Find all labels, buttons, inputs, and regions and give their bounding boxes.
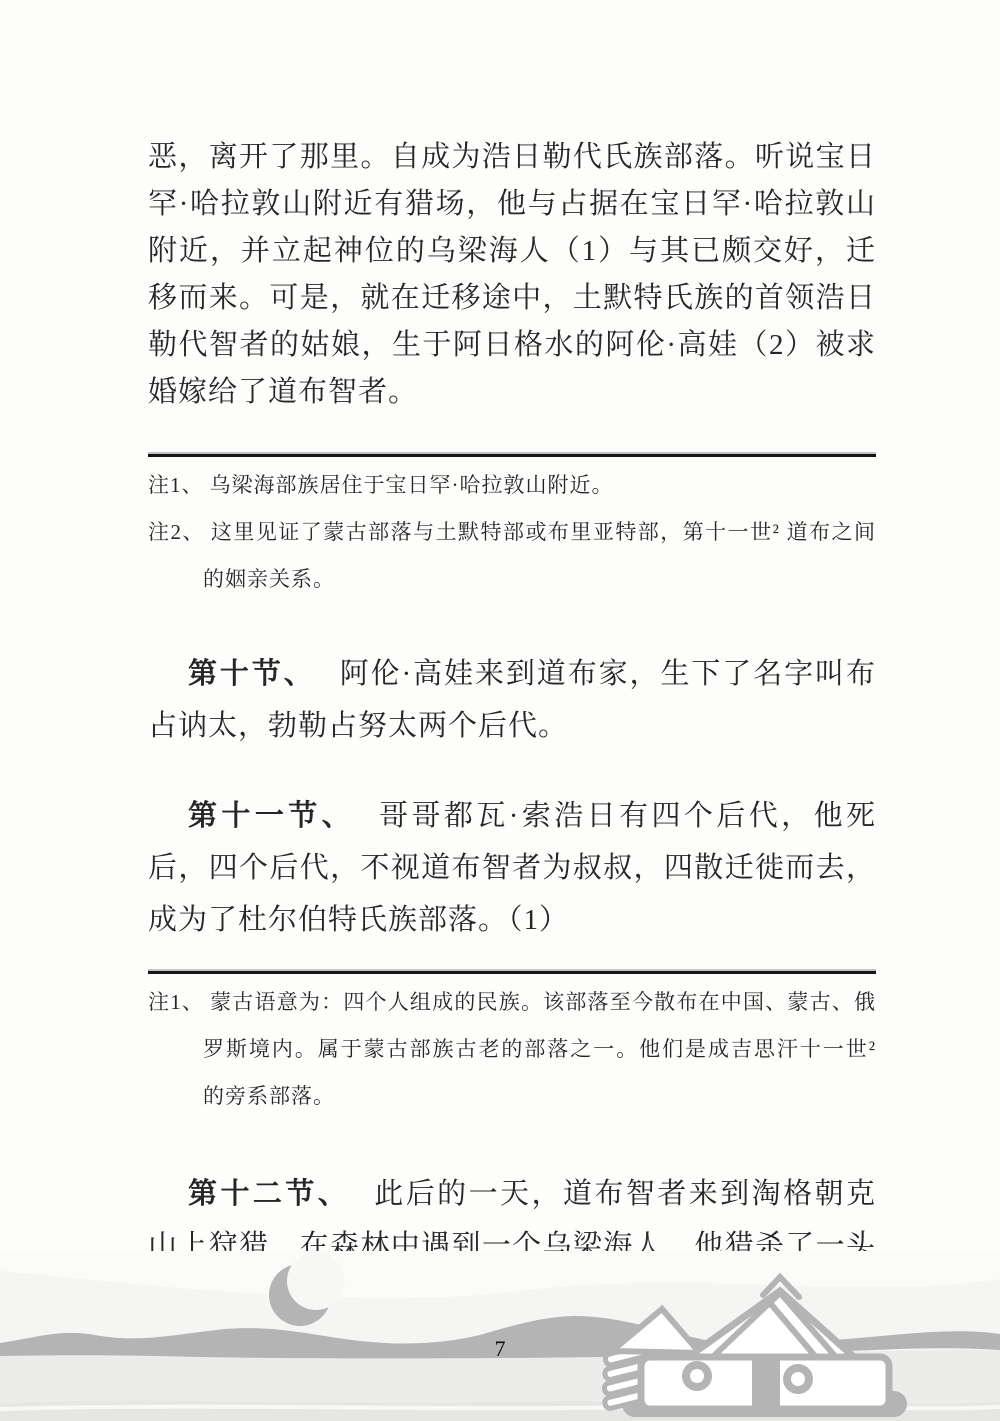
- section-heading: 第十节、: [188, 658, 316, 690]
- section-heading: 第十一节、: [188, 800, 355, 832]
- footnote-divider-1: [148, 454, 876, 457]
- page-number: 7: [0, 1336, 1000, 1362]
- section-paragraph: 第十一节、哥哥都瓦·索浩日有四个后代，他死后，四个后代，不视道布智者为叔叔，四散…: [148, 790, 876, 946]
- hut-window-right: [787, 1368, 809, 1390]
- footnote-label: 注1、: [148, 990, 204, 1014]
- section-heading: 第十二节、: [188, 1178, 350, 1210]
- footnote-label: 注2、: [148, 520, 205, 544]
- footnote: 注1、乌梁海部族居住于宝日罕·哈拉敦山附近。: [148, 462, 876, 509]
- hut-door: [752, 1355, 780, 1411]
- intro-paragraph-block: 恶，离开了那里。自成为浩日勒代氏族部落。听说宝日罕·哈拉敦山附近有猎场，他与占据…: [148, 134, 876, 416]
- footnote-text: 乌梁海部族居住于宝日罕·哈拉敦山附近。: [210, 473, 614, 497]
- footnote: 注1、蒙古语意为：四个人组成的民族。该部落至今散布在中国、蒙古、俄罗斯境内。属于…: [148, 979, 876, 1120]
- intro-paragraph: 恶，离开了那里。自成为浩日勒代氏族部落。听说宝日罕·哈拉敦山附近有猎场，他与占据…: [148, 134, 876, 416]
- footnote-block-2: 注1、蒙古语意为：四个人组成的民族。该部落至今散布在中国、蒙古、俄罗斯境内。属于…: [148, 979, 876, 1120]
- hut-window-left: [686, 1365, 708, 1387]
- footnote-text: 这里见证了蒙古部落与土默特部或布里亚特部，第十一世² 道布之间的姻亲关系。: [203, 520, 876, 591]
- section-10-block: 第十节、阿伦·高娃来到道布家，生下了名字叫布占讷太，勃勒占努太两个后代。: [148, 648, 876, 752]
- section-11-block: 第十一节、哥哥都瓦·索浩日有四个后代，他死后，四个后代，不视道布智者为叔叔，四散…: [148, 790, 876, 946]
- footnote-label: 注1、: [148, 473, 204, 497]
- book-page: 恶，离开了那里。自成为浩日勒代氏族部落。听说宝日罕·哈拉敦山附近有猎场，他与占据…: [0, 0, 1000, 1421]
- footnote-divider-2: [148, 971, 876, 974]
- footnote: 注2、这里见证了蒙古部落与土默特部或布里亚特部，第十一世² 道布之间的姻亲关系。: [148, 509, 876, 603]
- section-paragraph: 第十节、阿伦·高娃来到道布家，生下了名字叫布占讷太，勃勒占努太两个后代。: [148, 648, 876, 752]
- footnote-block-1: 注1、乌梁海部族居住于宝日罕·哈拉敦山附近。 注2、这里见证了蒙古部落与土默特部…: [148, 462, 876, 603]
- footnote-text: 蒙古语意为：四个人组成的民族。该部落至今散布在中国、蒙古、俄罗斯境内。属于蒙古部…: [203, 990, 876, 1108]
